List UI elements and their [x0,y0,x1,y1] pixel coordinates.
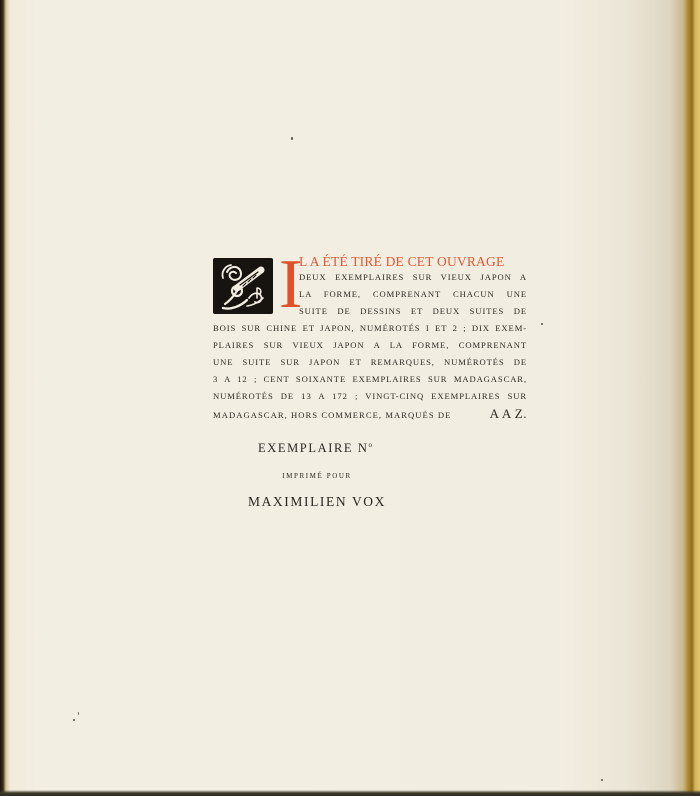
exemplaire-number: EXEMPLAIRE No [0,441,665,456]
colophon-line: MADAGASCAR, HORS COMMERCE, MARQUÉS DE [213,410,451,420]
paper-speck [291,137,293,140]
colophon-line: SUITE DE DESSINS ET DEUX SUITES DE [299,306,527,316]
floral-woodcut-ornament-icon [213,258,273,314]
colophon-line: 3 A 12 ; CENT SOIXANTE EXEMPLAIRES SUR M… [213,374,527,384]
marks-range: A a Z. [490,406,527,422]
paper-speck [78,712,79,715]
paper-speck [541,323,543,325]
paper-speck [601,779,603,781]
lead-in-text: L A ÉTÉ TIRÉ DE CET OUVRAGE [299,254,504,270]
colophon-last-line: MADAGASCAR, HORS COMMERCE, MARQUÉS DE A … [213,406,527,422]
book-page: I L A ÉTÉ TIRÉ DE CET OUVRAGE DEUX EXEMP… [0,0,700,796]
colophon-line: BOIS SUR CHINE ET JAPON, NUMÉROTÉS I ET … [213,323,527,333]
colophon-line: DEUX EXEMPLAIRES SUR VIEUX JAPON A [299,272,527,282]
colophon-line: PLAIRES SUR VIEUX JAPON A LA FORME, COMP… [213,340,527,350]
owner-name: MAXIMILIEN VOX [0,494,667,510]
numero-superscript: o [369,441,373,449]
exemplaire-label: EXEMPLAIRE N [258,441,369,455]
colophon-line: NUMÉROTÉS DE 13 A 172 ; VINGT-CINQ EXEMP… [213,391,527,401]
paper-speck [73,719,75,721]
colophon-line: LA FORME, COMPRENANT CHACUN UNE [299,289,527,299]
colophon-line: UNE SUITE SUR JAPON ET REMARQUES, NUMÉRO… [213,357,527,367]
imprime-pour: IMPRIMÉ POUR [0,472,667,480]
